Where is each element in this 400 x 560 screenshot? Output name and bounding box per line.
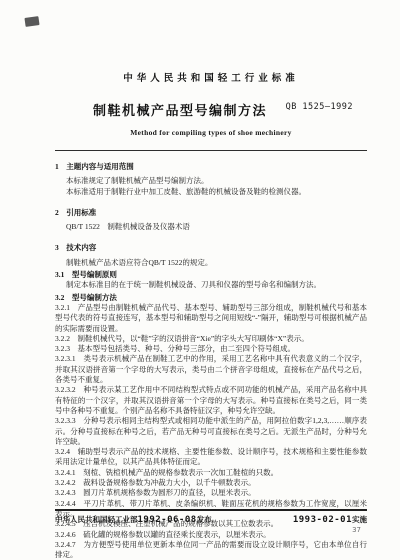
- document-page: 中华人民共和国轻工行业标准 制鞋机械产品型号编制方法 QB 1525—1992 …: [0, 0, 400, 560]
- document-body: 1 主题内容与适用范围 本标准规定了制鞋机械产品型号编制方法。 本标准适用于制鞋…: [55, 162, 367, 560]
- issue-label: 发布: [197, 515, 212, 524]
- clause-3-2-4-3: 3.2.4.3 圆刀片革机规格参数为圆形刀的直径，以厘米表示。: [55, 488, 367, 498]
- document-title-english: Method for compiling types of shoe mechi…: [55, 128, 367, 137]
- body-paragraph: 本标准规定了制鞋机械产品型号编制方法。: [55, 176, 367, 186]
- footer-divider: [55, 509, 367, 511]
- section-3-2-heading: 3.2 型号编制方法: [55, 293, 367, 303]
- implementation-statement: 1993-02-01实施: [293, 514, 367, 525]
- clause-3-2-3-3: 3.2.3.3 分种号表示相同主结构型式或相同功能中派生的产品，用阿拉伯数字1,…: [55, 416, 367, 447]
- clause-3-2-4-7: 3.2.4.7 为方便型号使用单位更新本单位同一产品的需要而设立设计顺序号，它由…: [55, 540, 367, 560]
- clause-3-2-4-6: 3.2.4.6 硫化罐的规格参数以罐的直径乘长度表示，以厘米表示。: [55, 530, 367, 540]
- section-2-heading: 2 引用标准: [55, 208, 367, 218]
- section-3-1-heading: 3.1 型号编制原则: [55, 270, 367, 280]
- body-paragraph: 制鞋机械产品术语应符合QB/T 1522的规定。: [55, 258, 367, 268]
- section-3-heading: 3 技术内容: [55, 243, 367, 253]
- issue-statement: 中华人民共和国轻工业部1992-06-08发布: [55, 514, 212, 525]
- standard-number: QB 1525—1992: [286, 102, 353, 112]
- issue-date: 1992-06-08: [138, 515, 197, 525]
- clause-3-2-3-1: 3.2.3.1 类号表示机械产品在制鞋工艺中的作用，采用工艺名称中具有代表意义的…: [55, 354, 367, 385]
- section-1-heading: 1 主题内容与适用范围: [55, 162, 367, 172]
- document-header: 中华人民共和国轻工行业标准 制鞋机械产品型号编制方法 QB 1525—1992 …: [55, 70, 367, 151]
- clause-3-2-3-2: 3.2.3.2 种号表示某工艺作用中不同结构型式特点或不同功能的机械产品，采用产…: [55, 385, 367, 416]
- clause-3-2-4-2: 3.2.4.2 裁料设备规格参数为冲裁力大小，以千牛顿数表示。: [55, 478, 367, 488]
- document-footer: 中华人民共和国轻工业部1992-06-08发布 1993-02-01实施 37: [55, 509, 367, 525]
- clause-3-2-1: 3.2.1 产品型号由制鞋机械产品代号、基本型号、辅助型号三部分组成，制鞋机械代…: [55, 303, 367, 334]
- referenced-standard: QB/T 1522 制鞋机械设备及仪器术语: [55, 222, 367, 232]
- clause-3-2-2: 3.2.2 制鞋机械代号，以“鞋”字的汉语拼音“Xie”的字头大写印刷体“X”表…: [55, 334, 367, 344]
- scan-artifact-mark: [24, 16, 39, 27]
- issuing-organization: 中华人民共和国轻工业部: [55, 515, 138, 524]
- clause-3-2-4-1: 3.2.4.1 刻楦、铣楦机械产品的规格参数表示一次加工鞋楦的只数。: [55, 468, 367, 478]
- footer-row: 中华人民共和国轻工业部1992-06-08发布 1993-02-01实施: [55, 514, 367, 525]
- header-divider: [55, 150, 367, 151]
- title-row: 制鞋机械产品型号编制方法 QB 1525—1992: [55, 100, 367, 115]
- implementation-date: 1993-02-01: [293, 515, 352, 525]
- document-title: 制鞋机械产品型号编制方法: [55, 100, 305, 119]
- page-content: 中华人民共和国轻工行业标准 制鞋机械产品型号编制方法 QB 1525—1992 …: [55, 0, 367, 560]
- implementation-label: 实施: [352, 515, 367, 524]
- body-paragraph: 本标准适用于制鞋行业中加工皮鞋、旅游鞋的机械设备及鞋的检测仪器。: [55, 187, 367, 197]
- page-number: 37: [352, 526, 361, 534]
- standard-type-line: 中华人民共和国轻工行业标准: [55, 70, 367, 84]
- body-paragraph: 制定本标准目的在于统一制鞋机械设备、刀具和仪器的型号命名和编制方法。: [55, 280, 367, 290]
- clause-3-2-4: 3.2.4 辅助型号表示产品的技术规格、主要性能参数、设计顺序号，技术规格和主要…: [55, 447, 367, 468]
- clause-3-2-3: 3.2.3 基本型号包括类号、种号、分种号三部分，由二至四个符号组成。: [55, 344, 367, 354]
